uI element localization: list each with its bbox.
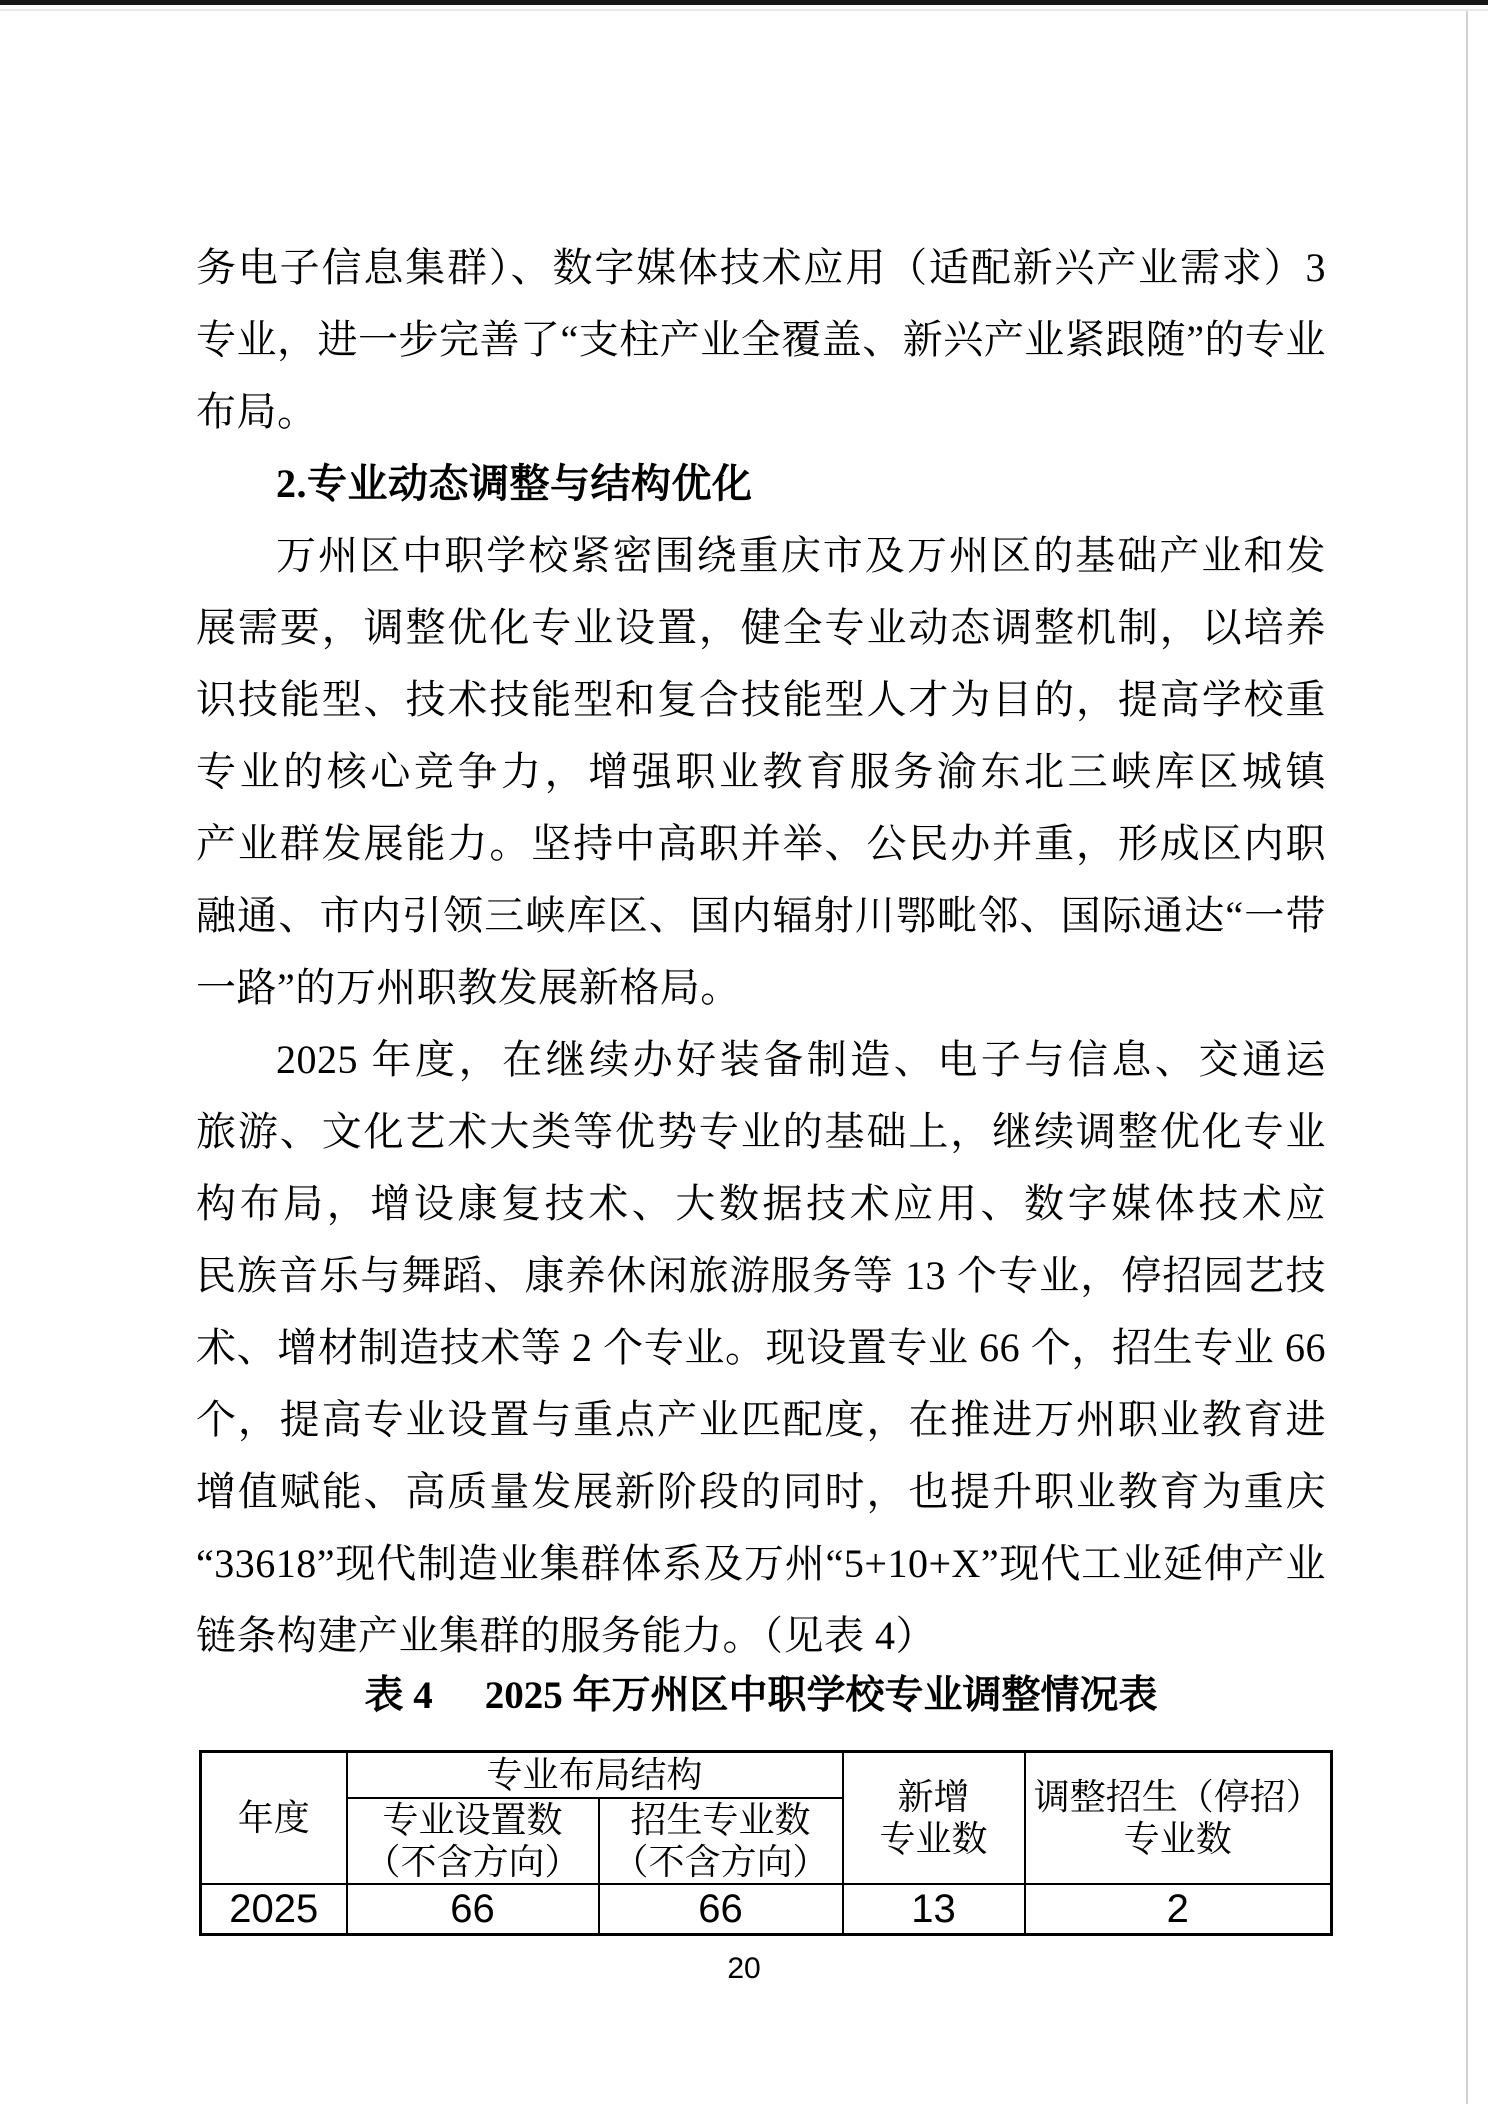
body-line: 链条构建产业集群的服务能力。（见表 4） — [196, 1600, 1326, 1672]
header-cell-new-majors: 新增 专业数 — [843, 1752, 1025, 1885]
table-caption-label: 表 4 — [364, 1674, 432, 1717]
body-line: 构布局，增设康复技术、大数据技术应用、数字媒体技术应用、 — [196, 1168, 1326, 1240]
body-line: 产业群发展能力。坚持中高职并举、公民办并重，形成区内职普 — [196, 808, 1326, 880]
body-line: 2025 年度，在继续办好装备制造、电子与信息、交通运输、 — [196, 1024, 1326, 1096]
body-line: 识技能型、技术技能型和复合技能型人才为目的，提高学校重点 — [196, 664, 1326, 736]
body-line: 个，提高专业设置与重点产业匹配度，在推进万州职业教育进入 — [196, 1384, 1326, 1456]
body-line: 专业，进一步完善了“支柱产业全覆盖、新兴产业紧跟随”的专业 — [196, 304, 1326, 376]
header-cell-layout-group: 专业布局结构 — [347, 1752, 843, 1799]
table-caption-title: 2025 年万州区中职学校专业调整情况表 — [485, 1674, 1158, 1717]
header-cell-enroll-count: 招生专业数 （不含方向） — [599, 1798, 843, 1884]
body-line: “33618”现代制造业集群体系及万州“5+10+X”现代工业延伸产业 — [196, 1528, 1326, 1600]
body-line: 展需要，调整优化专业设置，健全专业动态调整机制，以培养知 — [196, 592, 1326, 664]
data-cell-enroll: 66 — [599, 1884, 843, 1935]
header-cell-year: 年度 — [201, 1752, 347, 1885]
data-cell-year: 2025 — [201, 1884, 347, 1935]
table-row: 2025 66 66 13 2 — [201, 1884, 1332, 1935]
body-line: 旅游、文化艺术大类等优势专业的基础上，继续调整优化专业结 — [196, 1096, 1326, 1168]
header-cell-new-majors-line1: 新增 — [844, 1776, 1024, 1818]
body-line: 一路”的万州职教发展新格局。 — [196, 952, 1326, 1024]
document-page: 务电子信息集群）、数字媒体技术应用（适配新兴产业需求）3 个 专业，进一步完善了… — [0, 0, 1488, 2104]
body-line: 术、增材制造技术等 2 个专业。现设置专业 66 个，招生专业 66 — [196, 1312, 1326, 1384]
table-caption: 表 42025 年万州区中职学校专业调整情况表 — [196, 1672, 1326, 1720]
header-cell-adjusted-majors: 调整招生（停招） 专业数 — [1025, 1752, 1332, 1885]
adjustment-table: 年度 专业布局结构 新增 专业数 调整招生（停招） 专业数 专业设置数 （不含方… — [199, 1750, 1333, 1936]
header-cell-adjusted-majors-line1: 调整招生（停招） — [1026, 1776, 1331, 1818]
body-line: 万州区中职学校紧密围绕重庆市及万州区的基础产业和发 — [196, 520, 1326, 592]
page-number: 20 — [0, 1952, 1488, 1986]
body-text-block: 务电子信息集群）、数字媒体技术应用（适配新兴产业需求）3 个 专业，进一步完善了… — [196, 232, 1326, 1672]
header-cell-enroll-count-line1: 招生专业数 — [600, 1799, 842, 1841]
body-line: 布局。 — [196, 376, 1326, 448]
header-cell-enroll-count-line2: （不含方向） — [600, 1841, 842, 1883]
page-edge-line — [1466, 11, 1468, 2104]
header-cell-new-majors-line2: 专业数 — [844, 1818, 1024, 1860]
data-cell-setup: 66 — [347, 1884, 599, 1935]
header-cell-setup-count-line2: （不含方向） — [348, 1841, 598, 1883]
body-line: 融通、市内引领三峡库区、国内辐射川鄂毗邻、国际通达“一带 — [196, 880, 1326, 952]
body-line: 专业的核心竞争力，增强职业教育服务渝东北三峡库区城镇群、 — [196, 736, 1326, 808]
body-line: 务电子信息集群）、数字媒体技术应用（适配新兴产业需求）3 个 — [196, 232, 1326, 304]
top-border-bar — [0, 0, 1488, 5]
header-cell-setup-count: 专业设置数 （不含方向） — [347, 1798, 599, 1884]
section-heading: 2.专业动态调整与结构优化 — [196, 448, 1326, 520]
header-cell-setup-count-line1: 专业设置数 — [348, 1799, 598, 1841]
top-divider-line — [0, 9, 1488, 11]
body-line: 民族音乐与舞蹈、康养休闲旅游服务等 13 个专业，停招园艺技 — [196, 1240, 1326, 1312]
body-line: 增值赋能、高质量发展新阶段的同时，也提升职业教育为重庆市 — [196, 1456, 1326, 1528]
header-cell-adjusted-majors-line2: 专业数 — [1026, 1818, 1331, 1860]
data-cell-new: 13 — [843, 1884, 1025, 1935]
data-cell-adjust: 2 — [1025, 1884, 1332, 1935]
